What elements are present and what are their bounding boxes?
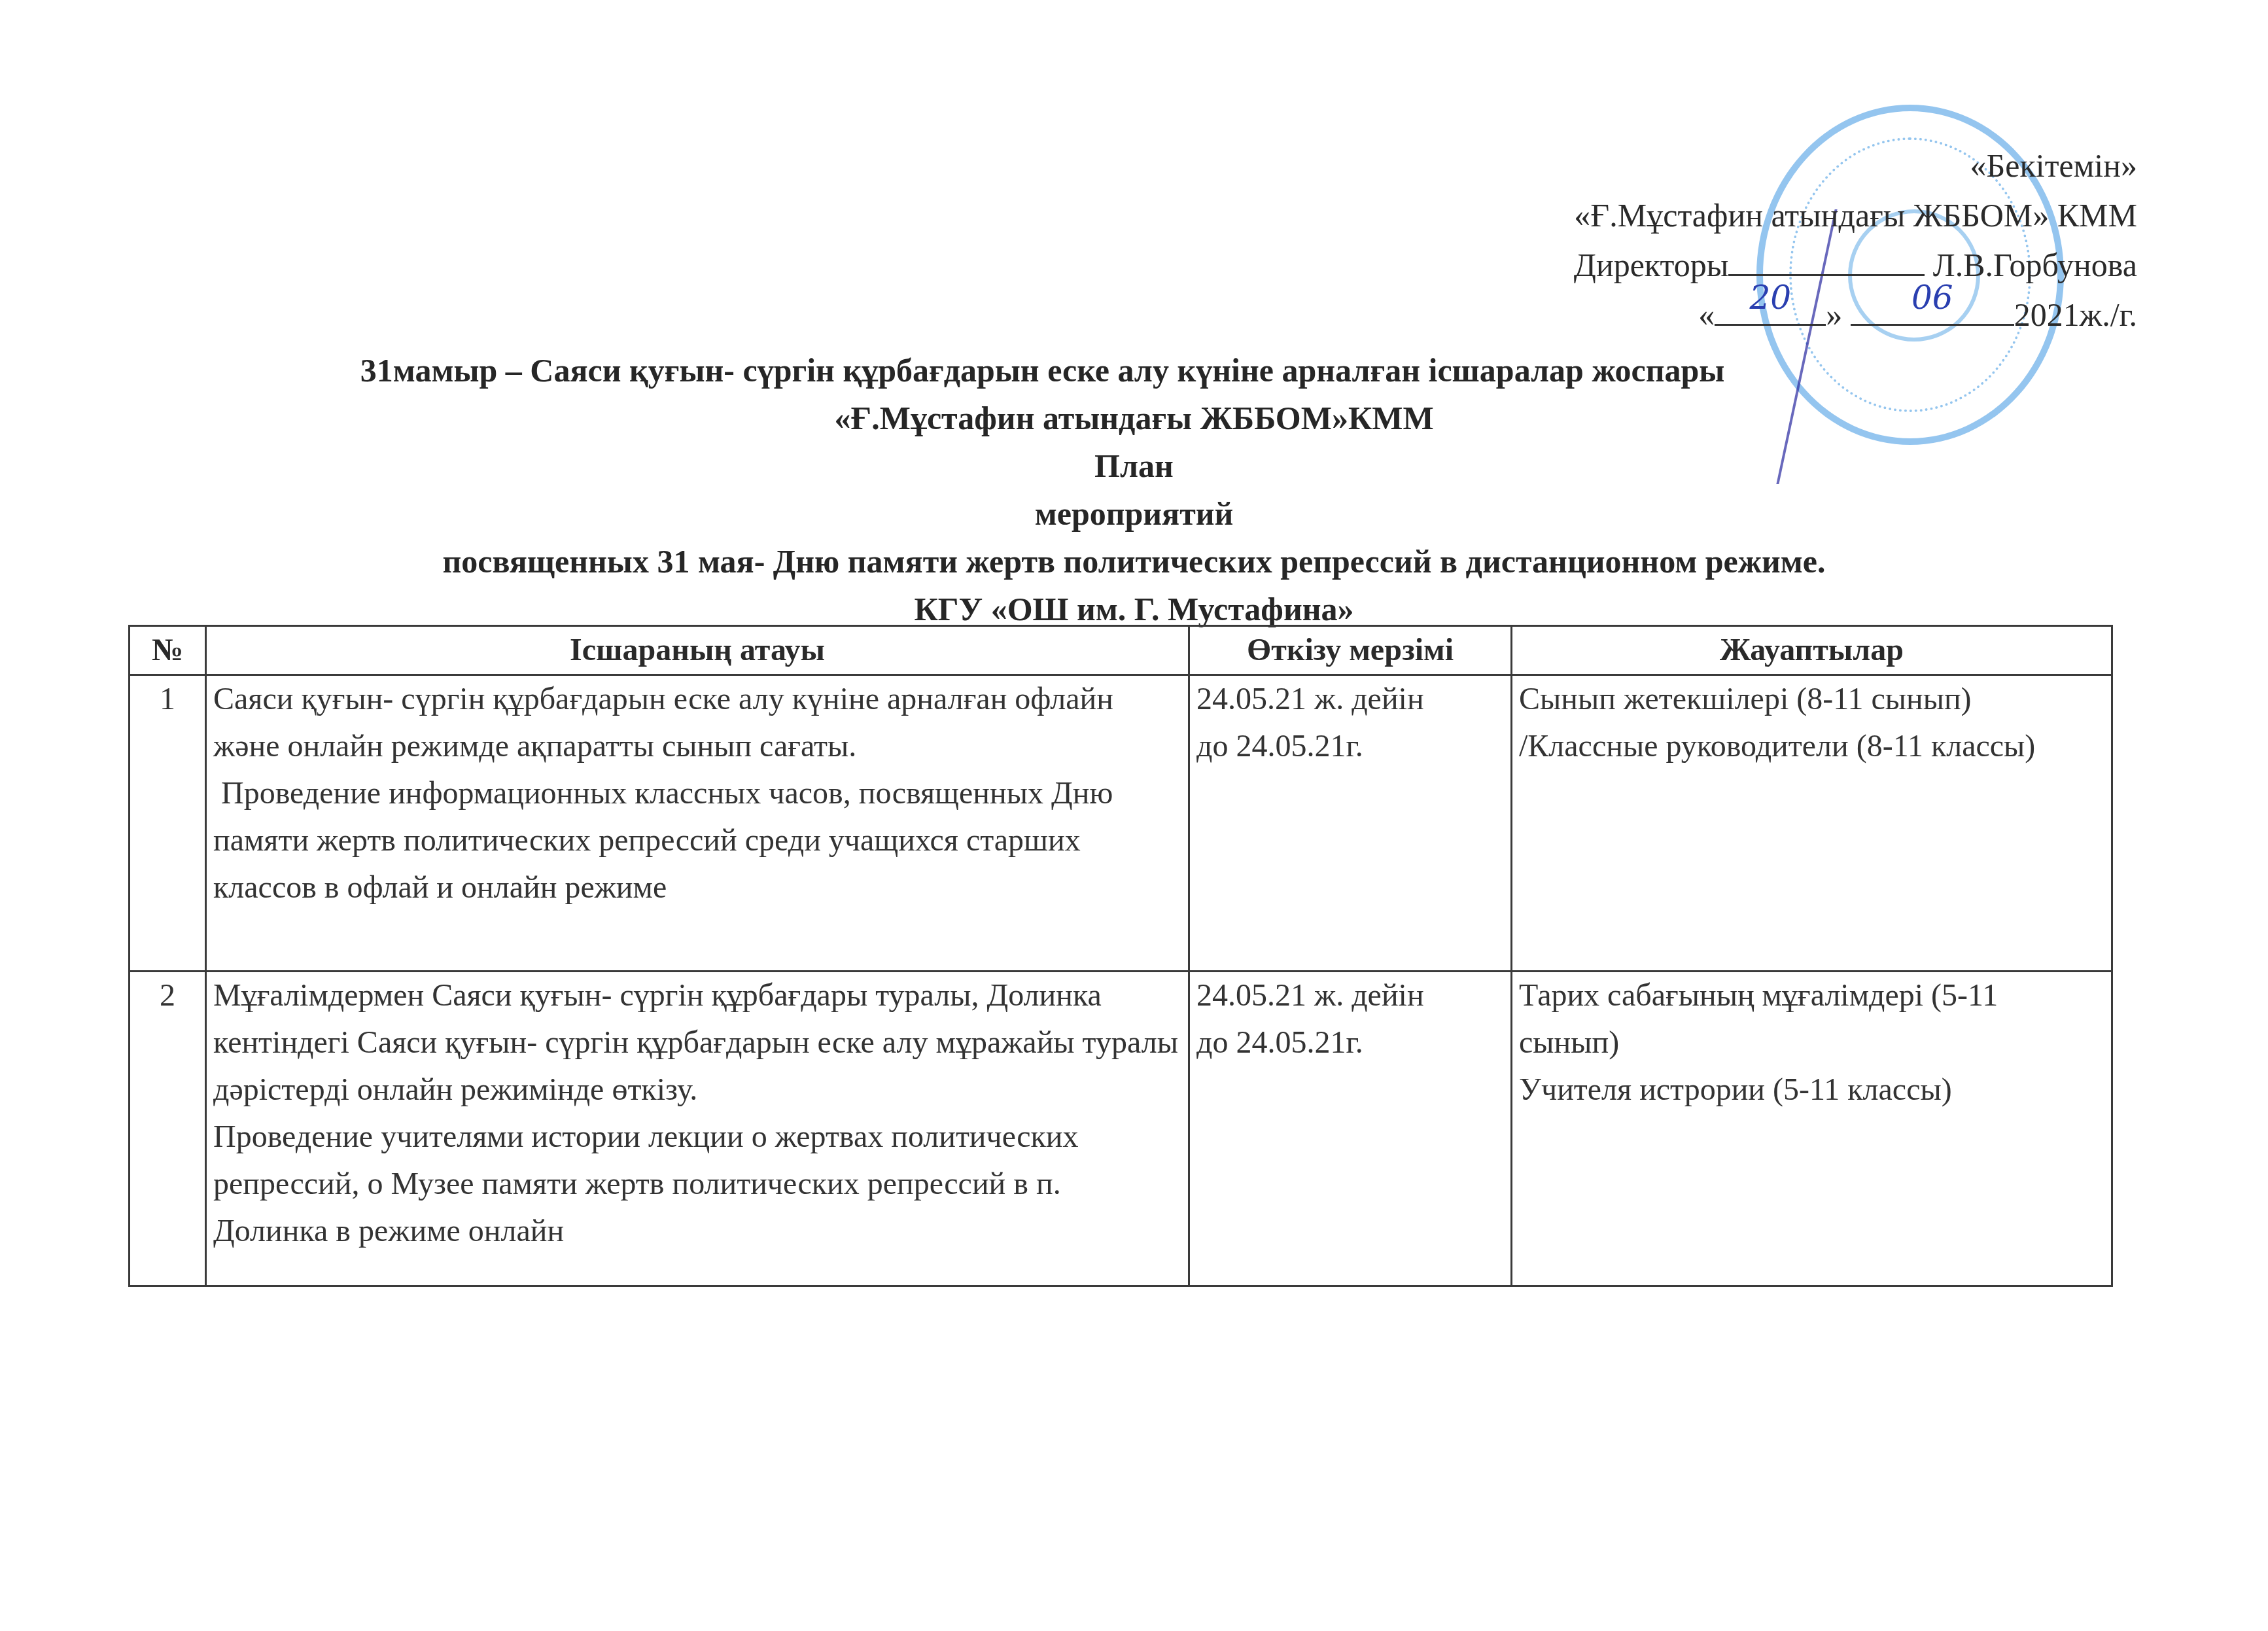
- deadline-ru: до 24.05.21г.: [1196, 723, 1504, 770]
- title-org-kz: «Ғ.Мұстафин атындағы ЖББОМ»КММ: [0, 395, 2268, 442]
- date-month-handwritten: 06: [1911, 273, 1953, 323]
- responsible-ru: Учителя истрории (5-11 классы): [1519, 1066, 2104, 1114]
- director-name: Л.В.Горбунова: [1933, 247, 2137, 283]
- deadline-kz: 24.05.21 ж. дейін: [1196, 676, 1504, 723]
- row-number: 2: [130, 972, 206, 1286]
- date-day-handwritten: 20: [1749, 273, 1791, 323]
- responsible-kz: Тарих сабағының мұғалімдері (5-11 сынып): [1519, 972, 2104, 1066]
- table-header-row: № Ісшараның атауы Өткізу мерзімі Жауапты…: [130, 626, 2112, 675]
- date-year: 2021ж./г.: [2014, 296, 2137, 333]
- event-name-ru: Проведение учителями истории лекции о же…: [213, 1114, 1181, 1255]
- responsible-cell: Тарих сабағының мұғалімдері (5-11 сынып)…: [1512, 972, 2112, 1286]
- approval-date-line: «20» 062021ж./г.: [1574, 290, 2137, 340]
- table-row: 2 Мұғалімдермен Саяси қуғын- сүргін құрб…: [130, 972, 2112, 1286]
- responsible-kz: Сынып жетекшілері (8-11 сынып): [1519, 676, 2104, 723]
- row-number: 1: [130, 675, 206, 972]
- director-label: Директоры: [1574, 247, 1728, 283]
- signature-blank: [1728, 244, 1925, 276]
- deadline-cell: 24.05.21 ж. дейін до 24.05.21г.: [1189, 675, 1512, 972]
- date-close-quote: »: [1826, 296, 1842, 333]
- deadline-cell: 24.05.21 ж. дейін до 24.05.21г.: [1189, 972, 1512, 1286]
- table-row: 1 Саяси қуғын- сүргін құрбағдарын еске а…: [130, 675, 2112, 972]
- events-table: № Ісшараның атауы Өткізу мерзімі Жауапты…: [128, 625, 2113, 1287]
- deadline-ru: до 24.05.21г.: [1196, 1019, 1504, 1066]
- title-events: мероприятий: [0, 490, 2268, 538]
- deadline-kz: 24.05.21 ж. дейін: [1196, 972, 1504, 1019]
- event-name-ru: Проведение информационных классных часов…: [213, 770, 1181, 911]
- date-day-blank: 20: [1715, 294, 1826, 326]
- title-ru: посвященных 31 мая- Дню памяти жертв пол…: [0, 538, 2268, 586]
- title-plan: План: [0, 442, 2268, 490]
- header-event-name: Ісшараның атауы: [206, 626, 1189, 675]
- event-name-kz: Мұғалімдермен Саяси қуғын- сүргін құрбағ…: [213, 972, 1181, 1114]
- event-name-kz: Саяси қуғын- сүргін құрбағдарын еске алу…: [213, 676, 1181, 770]
- approval-heading: «Бекітемін»: [1574, 141, 2137, 190]
- header-responsible: Жауаптылар: [1512, 626, 2112, 675]
- responsible-cell: Сынып жетекшілері (8-11 сынып) /Классные…: [1512, 675, 2112, 972]
- approval-organization: «Ғ.Мұстафин атындағы ЖББОМ» КММ: [1574, 190, 2137, 240]
- document-titles: 31мамыр – Саяси қуғын- сүргін құрбағдары…: [0, 347, 2268, 633]
- approval-director-line: Директоры Л.В.Горбунова: [1574, 240, 2137, 290]
- event-name-cell: Саяси қуғын- сүргін құрбағдарын еске алу…: [206, 675, 1189, 972]
- responsible-ru: /Классные руководители (8-11 классы): [1519, 723, 2104, 770]
- date-month-blank: 06: [1851, 294, 2014, 326]
- title-kz: 31мамыр – Саяси қуғын- сүргін құрбағдары…: [0, 347, 2268, 395]
- header-deadline: Өткізу мерзімі: [1189, 626, 1512, 675]
- header-number: №: [130, 626, 206, 675]
- approval-block: «Бекітемін» «Ғ.Мұстафин атындағы ЖББОМ» …: [1574, 141, 2137, 340]
- event-name-cell: Мұғалімдермен Саяси қуғын- сүргін құрбағ…: [206, 972, 1189, 1286]
- date-open-quote: «: [1698, 296, 1715, 333]
